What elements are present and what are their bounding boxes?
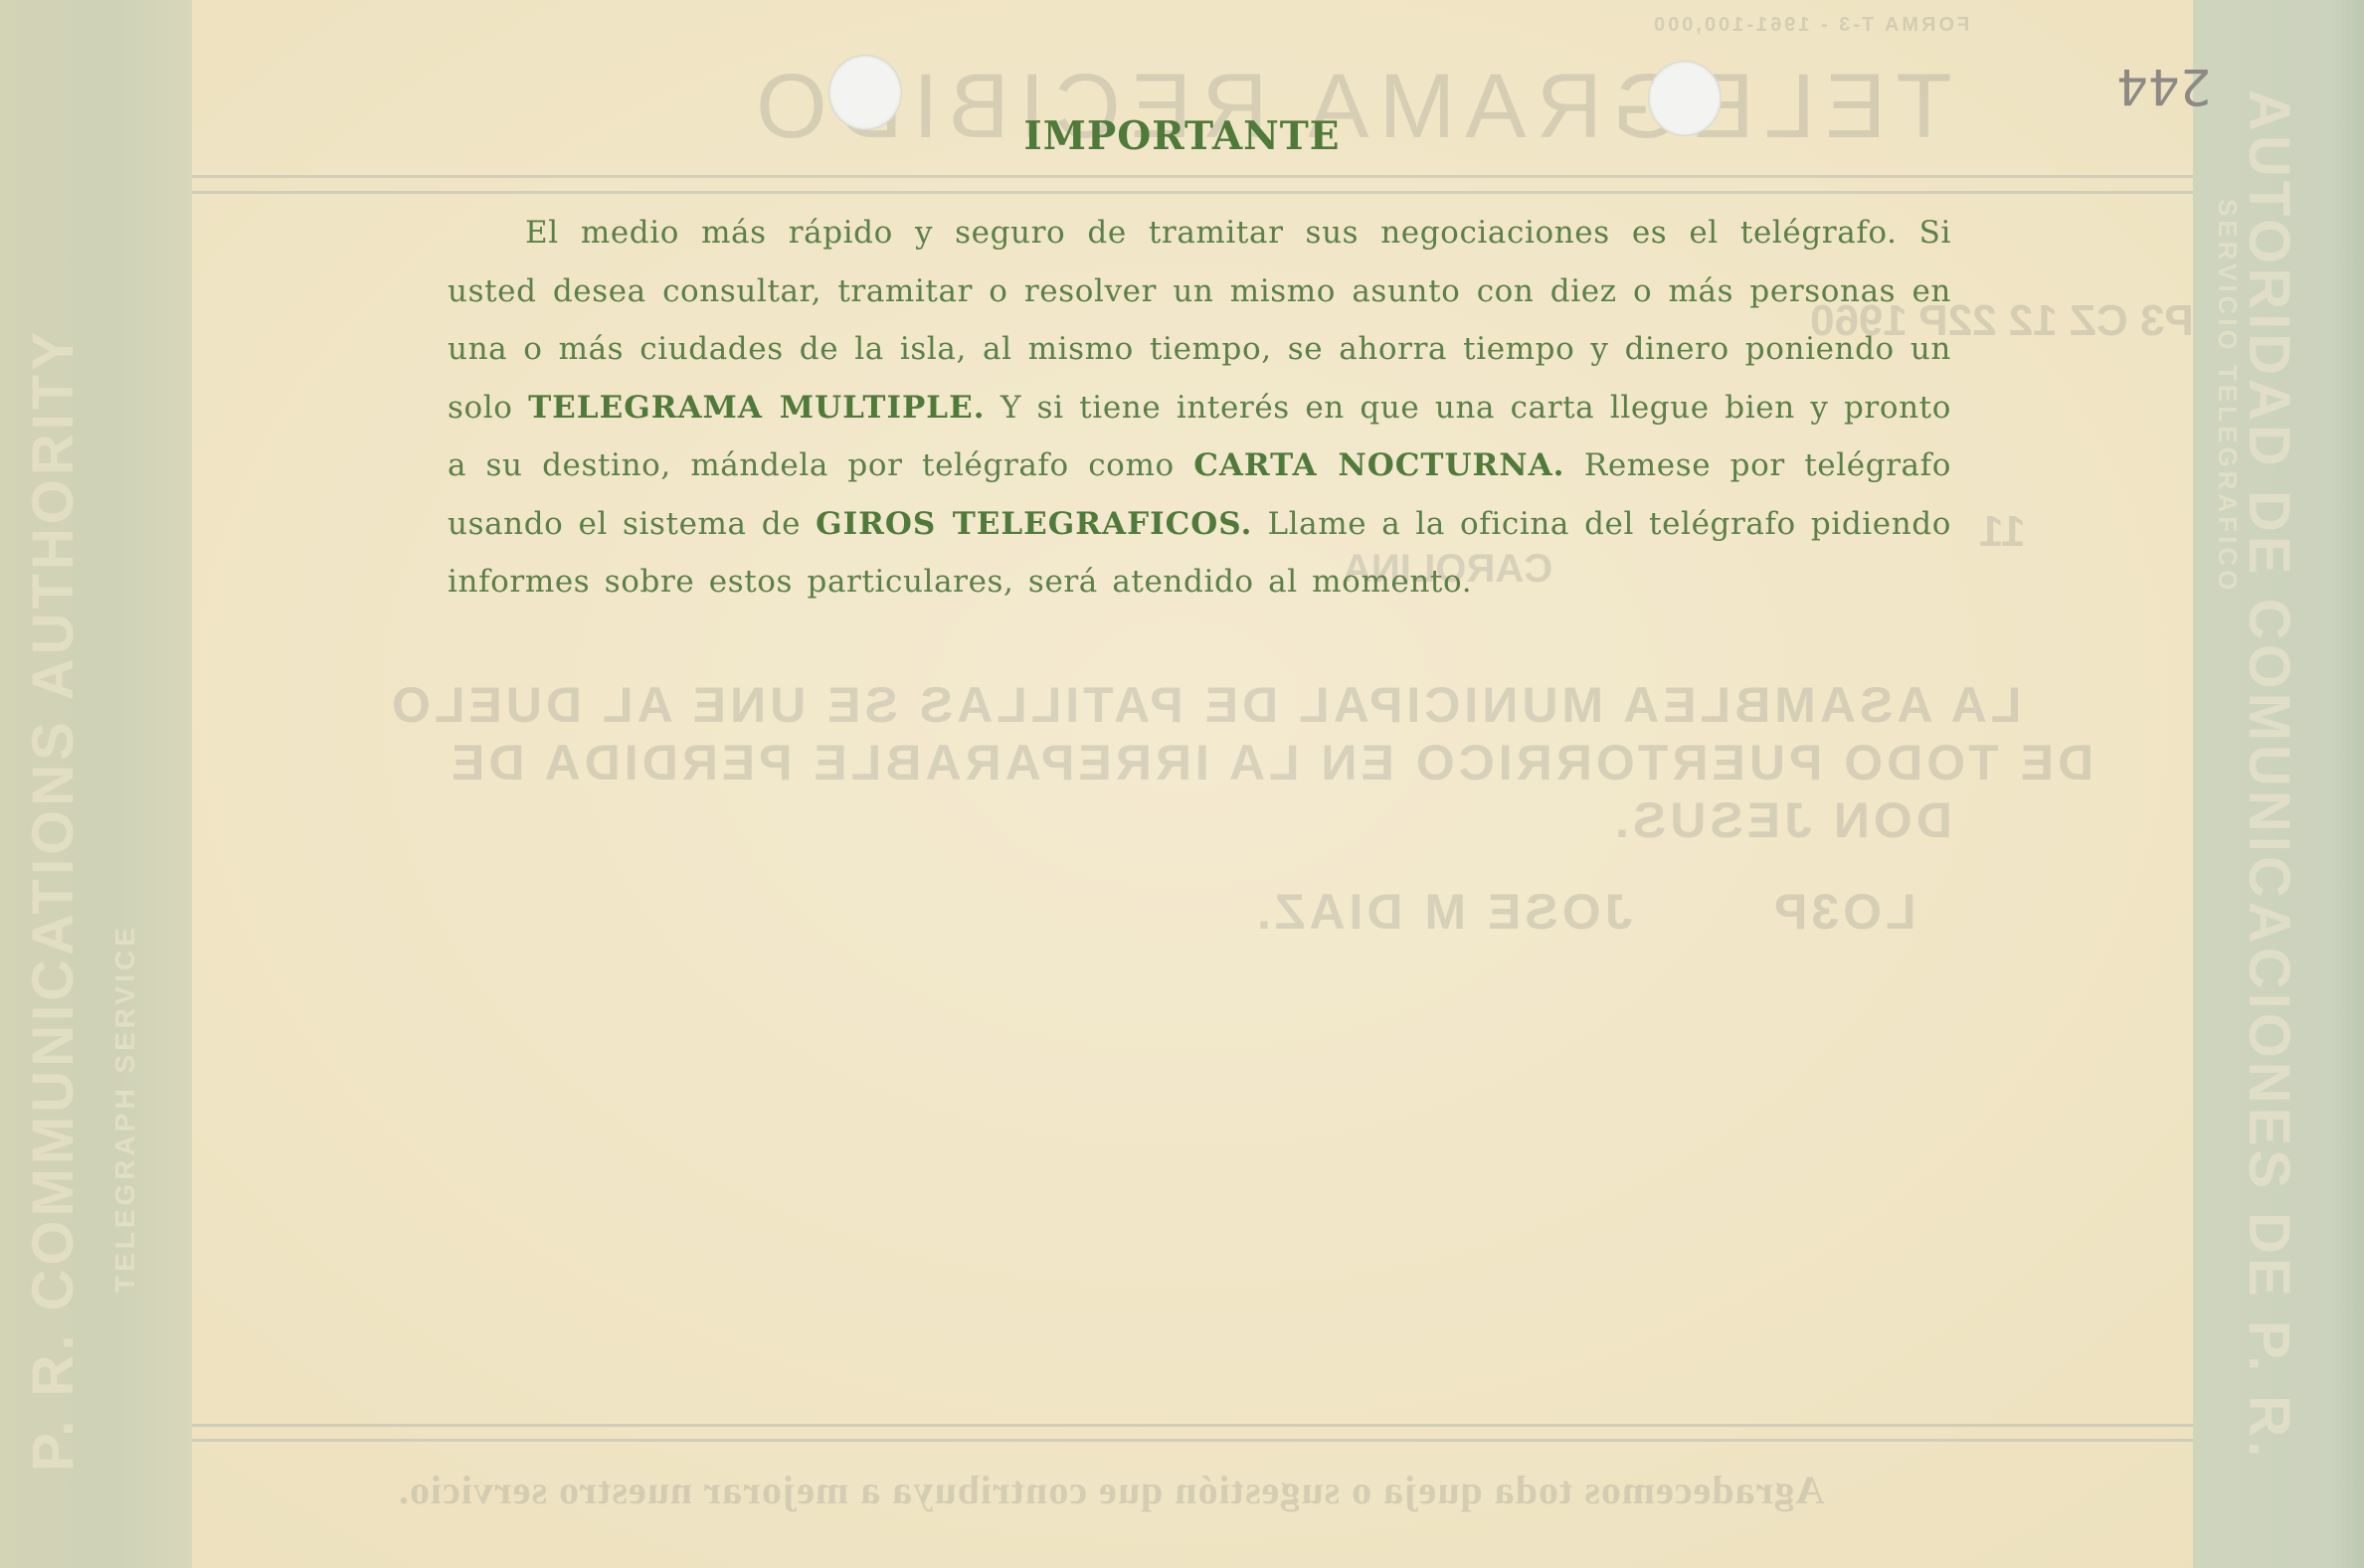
right-margin-strip: AUTORIDAD DE COMUNICACIONES DE P. R. SER… xyxy=(2193,0,2364,1568)
bottom-rule-line xyxy=(192,1424,2193,1427)
show-through-time: LO3P xyxy=(1770,883,1916,941)
notice-paragraph: El medio más rápido y seguro de tramitar… xyxy=(448,204,1951,611)
top-rule-line xyxy=(192,191,2193,194)
bottom-rule-line xyxy=(192,1439,2193,1442)
left-strip-text: P. R. COMMUNICATIONS AUTHORITY xyxy=(20,328,87,1472)
left-margin-strip: P. R. COMMUNICATIONS AUTHORITY TELEGRAPH… xyxy=(0,0,192,1568)
show-through-form-code: FORMA T-3 - 1961-100,000 xyxy=(1651,14,1969,37)
heading-importante: IMPORTANTE xyxy=(0,113,2364,159)
handwritten-page-number: 244 xyxy=(2116,58,2211,115)
right-strip-subtext: SERVICIO TELEGRAFICO xyxy=(2212,199,2243,594)
right-strip-text: AUTORIDAD DE COMUNICACIONES DE P. R. xyxy=(2236,89,2302,1461)
paragraph-emphasis-carta-nocturna: CARTA NOCTURNA. xyxy=(1193,447,1564,483)
top-rule-line xyxy=(192,175,2193,178)
paragraph-emphasis-telegrama-multiple: TELEGRAMA MULTIPLE. xyxy=(528,390,985,426)
show-through-line-number: 11 xyxy=(1979,507,2026,557)
paragraph-emphasis-giros-telegraficos: GIROS TELEGRAFICOS. xyxy=(816,506,1252,542)
show-through-message-line: DE TODO PUERTORRICO EN LA IRREPARABLE PE… xyxy=(448,734,2093,791)
show-through-message-line: DON JESUS. xyxy=(1611,791,1952,849)
show-through-message-line: LA ASAMBLEA MUNICIPAL DE PATILLAS SE UNE… xyxy=(388,676,2021,734)
left-strip-subtext: TELEGRAPH SERVICE xyxy=(109,924,141,1293)
show-through-signature: JOSE M DIAZ. xyxy=(1253,883,1632,941)
show-through-footer: Agradecemos toda queja o sugestión que c… xyxy=(398,1467,1824,1513)
